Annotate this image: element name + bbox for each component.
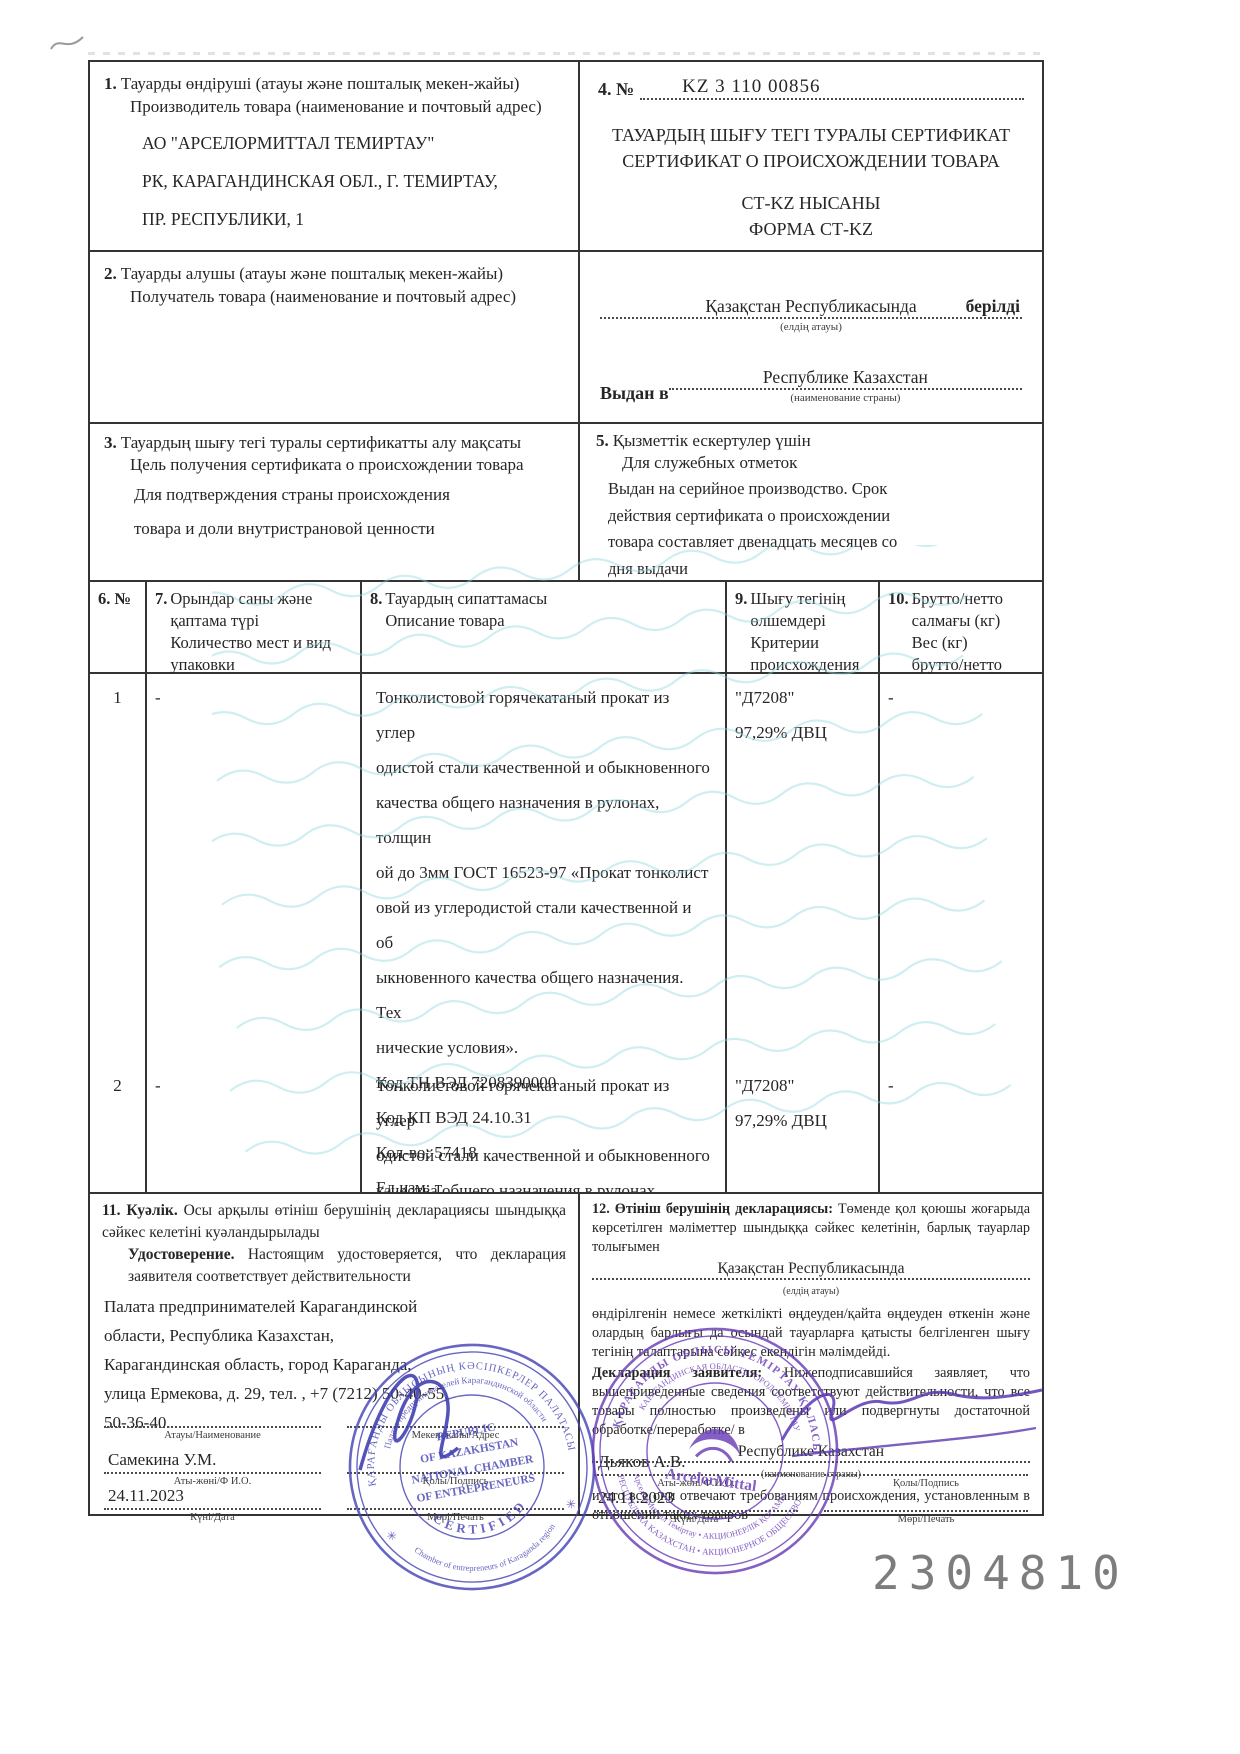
box4-certificate-number: 4. № KZ 3 110 00856 ТАУАРДЫҢ ШЫҒУ ТЕГІ Т… (580, 62, 1042, 250)
box2-number: 2. (104, 264, 121, 283)
row-receiver: 2.Тауарды алушы (атауы және пошталық мек… (90, 250, 1042, 422)
signature-line-left: Қолы/Подпись (347, 1450, 564, 1487)
label-name: Атауы/Наименование (104, 1430, 321, 1441)
label-date-left: Күні/Дата (104, 1512, 321, 1523)
col-header-description: 8. Тауардың сипаттамасыОписание товара (360, 582, 725, 672)
name-dotted-line (104, 1426, 321, 1428)
item1-no: 1 (98, 680, 137, 1068)
date-left: 24.11.2023 (104, 1486, 321, 1506)
box2-title-ru: Получатель товара (наименование и почтов… (130, 287, 516, 306)
date-right: 24.11.2023 (594, 1488, 798, 1508)
signer-name-left: Самекина У.М. (104, 1450, 321, 1470)
purpose-value: Для подтверждения страны происхождениято… (104, 478, 564, 546)
col-description-values: Тонколистовой горячекатаный прокат из уг… (360, 674, 725, 1192)
issued-country-kz-line: Қазақстан Республикасында берілді (600, 296, 1022, 319)
box12-declaration: 12. Өтініш берушінің декларациясы: Төмен… (580, 1194, 1042, 1514)
label-seal-left: Мөрі/Печать (347, 1512, 564, 1523)
box3-title-ru: Цель получения сертификата о происхожден… (130, 455, 524, 474)
declared-country-hint-kz: (елдің атауы) (592, 1282, 1030, 1301)
box11-heading: 11. Куәлік. Осы арқылы өтініш берушінің … (90, 1194, 578, 1288)
box5-service-notes: 5.Қызметтік ескертулер үшін Для служебны… (580, 424, 1042, 580)
signature-line-right: Қолы/Подпись (824, 1452, 1028, 1489)
country-hint-ru: (наименование страны) (669, 392, 1022, 404)
box5-title: 5.Қызметтік ескертулер үшін Для служебны… (596, 430, 1026, 474)
name-line: Атауы/Наименование (104, 1426, 321, 1441)
col-header-criteria: 9. Шығу тегініңөлшемдеріКритериипроисхож… (725, 582, 878, 672)
box11-heading-kz-bold: Куәлік. (126, 1202, 177, 1219)
issued-country-ru-fill: Республике Казахстан (наименование стран… (669, 367, 1022, 404)
box12-heading-kz-bold: Өтініш берушінің декларациясы: (615, 1201, 833, 1217)
row-certification: 11. Куәлік. Осы арқылы өтініш берушінің … (90, 1192, 1042, 1514)
seal-line-right: Мөрі/Печать (824, 1488, 1028, 1525)
pencil-mark (46, 28, 90, 58)
address-dotted-line (347, 1426, 564, 1428)
col-criteria-values: "Д7208"97,29% ДВЦ "Д7208"97,29% ДВЦ (725, 674, 878, 1192)
certificate-title-kz: ТАУАРДЫҢ ШЫҒУ ТЕГІ ТУРАЛЫ СЕРТИФИКАТ (598, 122, 1024, 148)
box11-number: 11. (102, 1202, 121, 1219)
col-header-no: 6. № (90, 582, 145, 672)
sig-row-date-seal-right: 24.11.2023 Күні/Дата Мөрі/Печать (594, 1488, 1028, 1525)
sig-row-name-address: Атауы/Наименование Мекен-жайы/Адрес (104, 1426, 564, 1441)
label-address: Мекен-жайы/Адрес (347, 1430, 564, 1441)
box11-certification: 11. Куәлік. Осы арқылы өтініш берушінің … (90, 1194, 580, 1514)
box1-title: 1.Тауарды өндіруші (атауы және пошталық … (104, 72, 564, 118)
date-line-left: 24.11.2023 Күні/Дата (104, 1486, 321, 1523)
issued-country-kz: Қазақстан Республикасында (705, 296, 916, 316)
chamber-address: Палата предпринимателей Карагандинскойоб… (90, 1288, 578, 1437)
certificate-form: СТ-KZ НЫСАНЫ ФОРМА СТ-KZ (598, 190, 1024, 242)
fio-line: Самекина У.М. Аты-жөні/Ф И.О. (104, 1450, 321, 1487)
issued-country-ru-dots: Республике Казахстан (669, 367, 1022, 390)
goods-table-header: 6. № 7. Орындар саны жәнеқаптама түріКол… (90, 580, 1042, 672)
col-header-weight: 10. Брутто/неттосалмағы (кг)Вес (кг)брут… (878, 582, 1042, 672)
item2-criteria: "Д7208"97,29% ДВЦ (735, 1068, 870, 1138)
seal-line-left: Мөрі/Печать (347, 1486, 564, 1523)
item2-weight: - (888, 1068, 1034, 1103)
item1-weight: - (888, 680, 1034, 1068)
document-serial-number: 2304810 (872, 1546, 1129, 1600)
form-name-kz: СТ-KZ НЫСАНЫ (598, 190, 1024, 216)
issued-country-ru-line: Выдан в Республике Казахстан (наименован… (600, 367, 1022, 404)
box3-number: 3. (104, 433, 121, 452)
date-line-right: 24.11.2023 Күні/Дата (594, 1488, 798, 1525)
goods-table-body: 1 2 - - Тонколистовой горячекатаный прок… (90, 672, 1042, 1192)
issued-in-block: Қазақстан Республикасында берілді (елдің… (580, 252, 1042, 422)
label-date-right: Күні/Дата (594, 1514, 798, 1525)
box5-number: 5. (596, 431, 613, 450)
row-purpose: 3.Тауардың шығу тегі туралы сертификатты… (90, 422, 1042, 580)
certificate-title-ru: СЕРТИФИКАТ О ПРОИСХОЖДЕНИИ ТОВАРА (598, 148, 1024, 174)
item1-places: - (155, 680, 352, 1068)
certificate-number-value: KZ 3 110 00856 (682, 76, 820, 97)
col-header-places: 7. Орындар саны жәнеқаптама түріКоличест… (145, 582, 360, 672)
svg-text:Chamber of entrepreneurs of Ka: Chamber of entrepreneurs of Karaganda re… (411, 1520, 563, 1584)
certificate-number-line: 4. № KZ 3 110 00856 (598, 76, 1024, 100)
item1-criteria: "Д7208"97,29% ДВЦ (735, 680, 870, 1068)
producer-address: АО "АРСЕЛОРМИТТАЛ ТЕМИРТАУ"РК, КАРАГАНДИ… (104, 124, 564, 238)
sig-row-fio-sign-right: Дьяков А.В. Аты-жөні/Ф.И.О. Қолы/Подпись (594, 1452, 1028, 1489)
issued-suffix-kz: берілді (966, 296, 1020, 317)
label-seal-right: Мөрі/Печать (824, 1514, 1028, 1525)
box1-producer: 1.Тауарды өндіруші (атауы және пошталық … (90, 62, 580, 250)
box1-number: 1. (104, 74, 121, 93)
fio-line-right: Дьяков А.В. Аты-жөні/Ф.И.О. (594, 1452, 798, 1489)
box12-number: 12. (592, 1201, 610, 1217)
box1-title-ru: Производитель товара (наименование и поч… (130, 97, 542, 116)
col-places-values: - - (145, 674, 360, 1192)
country-hint-kz: (елдің атауы) (600, 321, 1022, 333)
box4-number-label: 4. № (598, 79, 640, 100)
box5-title-ru: Для служебных отметок (622, 453, 797, 472)
form-name-ru: ФОРМА СТ-KZ (598, 216, 1024, 242)
col-no-values: 1 2 (90, 674, 145, 1192)
signer-name-right: Дьяков А.В. (594, 1452, 798, 1472)
item2-places: - (155, 1068, 352, 1103)
box5-title-kz: Қызметтік ескертулер үшін (613, 431, 811, 450)
box2-title: 2.Тауарды алушы (атауы және пошталық мек… (104, 262, 564, 308)
item1-description: Тонколистовой горячекатаный прокат из уг… (370, 680, 717, 1068)
sig-row-fio-sign: Самекина У.М. Аты-жөні/Ф И.О. Қолы/Подпи… (104, 1450, 564, 1487)
issued-label-ru: Выдан в (600, 383, 669, 404)
box3-title-kz: Тауардың шығу тегі туралы сертификатты а… (121, 433, 521, 452)
address-line: Мекен-жайы/Адрес (347, 1426, 564, 1441)
issued-country-ru: Республике Казахстан (763, 367, 928, 387)
stamp-left-star-left: ✳ (386, 1528, 398, 1544)
certificate-document: 1.Тауарды өндіруші (атауы және пошталық … (88, 60, 1044, 1516)
box2-receiver: 2.Тауарды алушы (атауы және пошталық мек… (90, 252, 580, 422)
sig-row-date-seal: 24.11.2023 Күні/Дата Мөрі/Печать (104, 1486, 564, 1523)
col-weight-values: - - (878, 674, 1042, 1192)
box11-heading-ru-bold: Удостоверение. (128, 1246, 235, 1263)
box12-heading-ru-bold: Декларация заявителя: (592, 1365, 762, 1381)
row-producer: 1.Тауарды өндіруші (атауы және пошталық … (90, 62, 1042, 250)
box1-title-kz: Тауарды өндіруші (атауы және пошталық ме… (121, 74, 520, 93)
box3-title: 3.Тауардың шығу тегі туралы сертификатты… (104, 432, 564, 476)
declared-country-kz: Қазақстан Республикасында (592, 1259, 1030, 1280)
item2-no: 2 (98, 1068, 137, 1103)
box2-title-kz: Тауарды алушы (атауы және пошталық мекен… (121, 264, 503, 283)
certificate-number-dots: KZ 3 110 00856 (640, 76, 1024, 100)
box3-purpose: 3.Тауардың шығу тегі туралы сертификатты… (90, 424, 580, 580)
scan-noise (88, 52, 1040, 55)
stamp-left-ring-inner-bottom: Chamber of entrepreneurs of Karaganda re… (411, 1520, 563, 1584)
service-notes-value: Выдан на серийное производство. Срокдейс… (596, 476, 1026, 582)
scanned-certificate-page: { "colors": {"ink": "#262626", "stamp_le… (0, 0, 1240, 1754)
certificate-title: ТАУАРДЫҢ ШЫҒУ ТЕГІ ТУРАЛЫ СЕРТИФИКАТ СЕР… (598, 122, 1024, 174)
box12-para-kz: өндірілгенін немесе жеткілікті өңдеуден/… (592, 1305, 1030, 1362)
